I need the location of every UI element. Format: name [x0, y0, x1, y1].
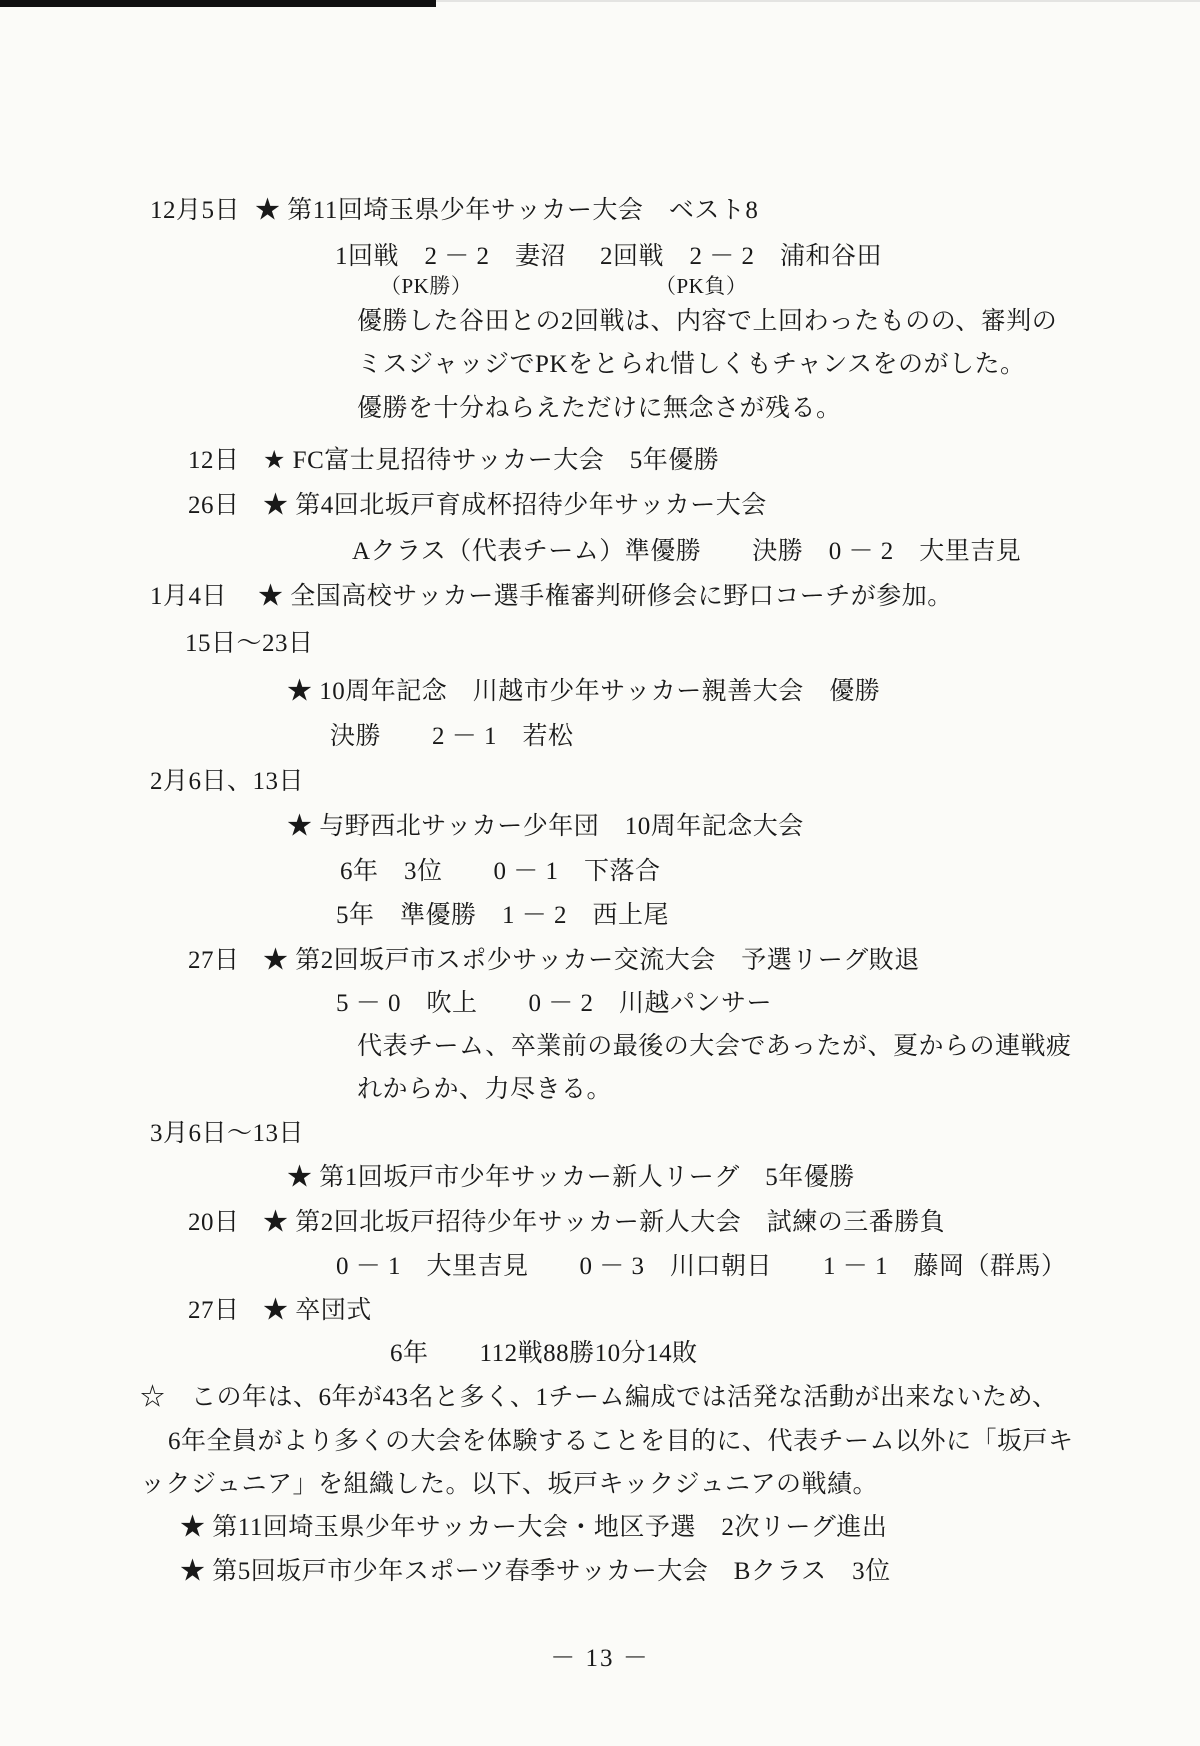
- note: れからか、力尽きる。: [357, 1076, 612, 1105]
- event-entry: ★ 第5回坂戸市少年スポーツ春季サッカー大会 Bクラス 3位: [180, 1558, 891, 1587]
- date-label: 3月6日～13日: [150, 1120, 304, 1149]
- date-label: 27日: [188, 947, 240, 976]
- summary: 6年全員がより多くの大会を体験することを目的に、代表チーム以外に「坂戸キ: [168, 1428, 1074, 1457]
- score-detail: 6年 3位 0 － 1 下落合: [340, 858, 661, 887]
- score-detail: 6年 112戦88勝10分14敗: [390, 1340, 698, 1369]
- note: 優勝した谷田との2回戦は、内容で上回わったものの、審判の: [357, 308, 1057, 337]
- date-label: 27日: [188, 1297, 240, 1326]
- date-label: 2月6日、13日: [150, 768, 304, 797]
- event-entry: ★ 第1回坂戸市少年サッカー新人リーグ 5年優勝: [287, 1164, 855, 1193]
- page-number: － 13 －: [0, 1638, 1200, 1674]
- date-label: 20日: [188, 1209, 240, 1238]
- event-entry: ★ 第2回坂戸市スポ少サッカー交流大会 予選リーグ敗退: [263, 947, 920, 976]
- summary: ☆ この年は、6年が43名と多く、1チーム編成では活発な活動が出来ないため、: [140, 1384, 1058, 1413]
- event-entry: ★ 卒団式: [263, 1297, 372, 1326]
- date-label: 12月5日: [150, 197, 240, 226]
- event-entry: ★ 第11回埼玉県少年サッカー大会・地区予選 2次リーグ進出: [180, 1514, 887, 1543]
- score-detail: 5年 準優勝 1 － 2 西上尾: [336, 902, 669, 931]
- date-label: 1月4日: [150, 583, 227, 612]
- event-entry: ★ 10周年記念 川越市少年サッカー親善大会 優勝: [287, 678, 880, 707]
- event-entry: ★ 第2回北坂戸招待少年サッカー新人大会 試練の三番勝負: [263, 1209, 945, 1238]
- summary: ックジュニア」を組織した。以下、坂戸キックジュニアの戦績。: [140, 1471, 878, 1500]
- date-label: 12日: [188, 447, 240, 476]
- event-entry: ★ 全国高校サッカー選手権審判研修会に野口コーチが参加。: [258, 583, 953, 612]
- date-label: 26日: [188, 492, 240, 521]
- event-entry: ★ 第4回北坂戸育成杯招待少年サッカー大会: [263, 492, 767, 521]
- scan-edge-artifact: [0, 0, 436, 7]
- event-entry: ★ 第11回埼玉県少年サッカー大会 ベスト8: [255, 197, 758, 226]
- note: 優勝を十分ねらえただけに無念さが残る。: [357, 395, 842, 424]
- score-detail: 2回戦 2 － 2 浦和谷田: [600, 243, 882, 272]
- score-detail: 決勝 2 － 1 若松: [330, 723, 574, 752]
- score-detail: Aクラス（代表チーム）準優勝 決勝 0 － 2 大里吉見: [352, 538, 1021, 567]
- note: 代表チーム、卒業前の最後の大会であったが、夏からの連戦疲: [357, 1033, 1072, 1062]
- scanned-document-page: 12月5日★ 第11回埼玉県少年サッカー大会 ベスト81回戦 2 － 2 妻沼2…: [0, 0, 1200, 1746]
- pk-note: （PK負）: [655, 274, 747, 298]
- event-entry: ★ FC富士見招待サッカー大会 5年優勝: [263, 447, 719, 476]
- event-entry: ★ 与野西北サッカー少年団 10周年記念大会: [287, 813, 804, 842]
- note: ミスジャッジでPKをとられ惜しくもチャンスをのがした。: [357, 351, 1025, 380]
- score-detail: 1回戦 2 － 2 妻沼: [335, 243, 566, 272]
- score-detail: 0 － 1 大里吉見 0 － 3 川口朝日 1 － 1 藤岡（群馬）: [336, 1253, 1067, 1282]
- date-label: 15日～23日: [185, 630, 314, 659]
- pk-note: （PK勝）: [380, 274, 472, 298]
- score-detail: 5 － 0 吹上 0 － 2 川越パンサー: [336, 990, 772, 1019]
